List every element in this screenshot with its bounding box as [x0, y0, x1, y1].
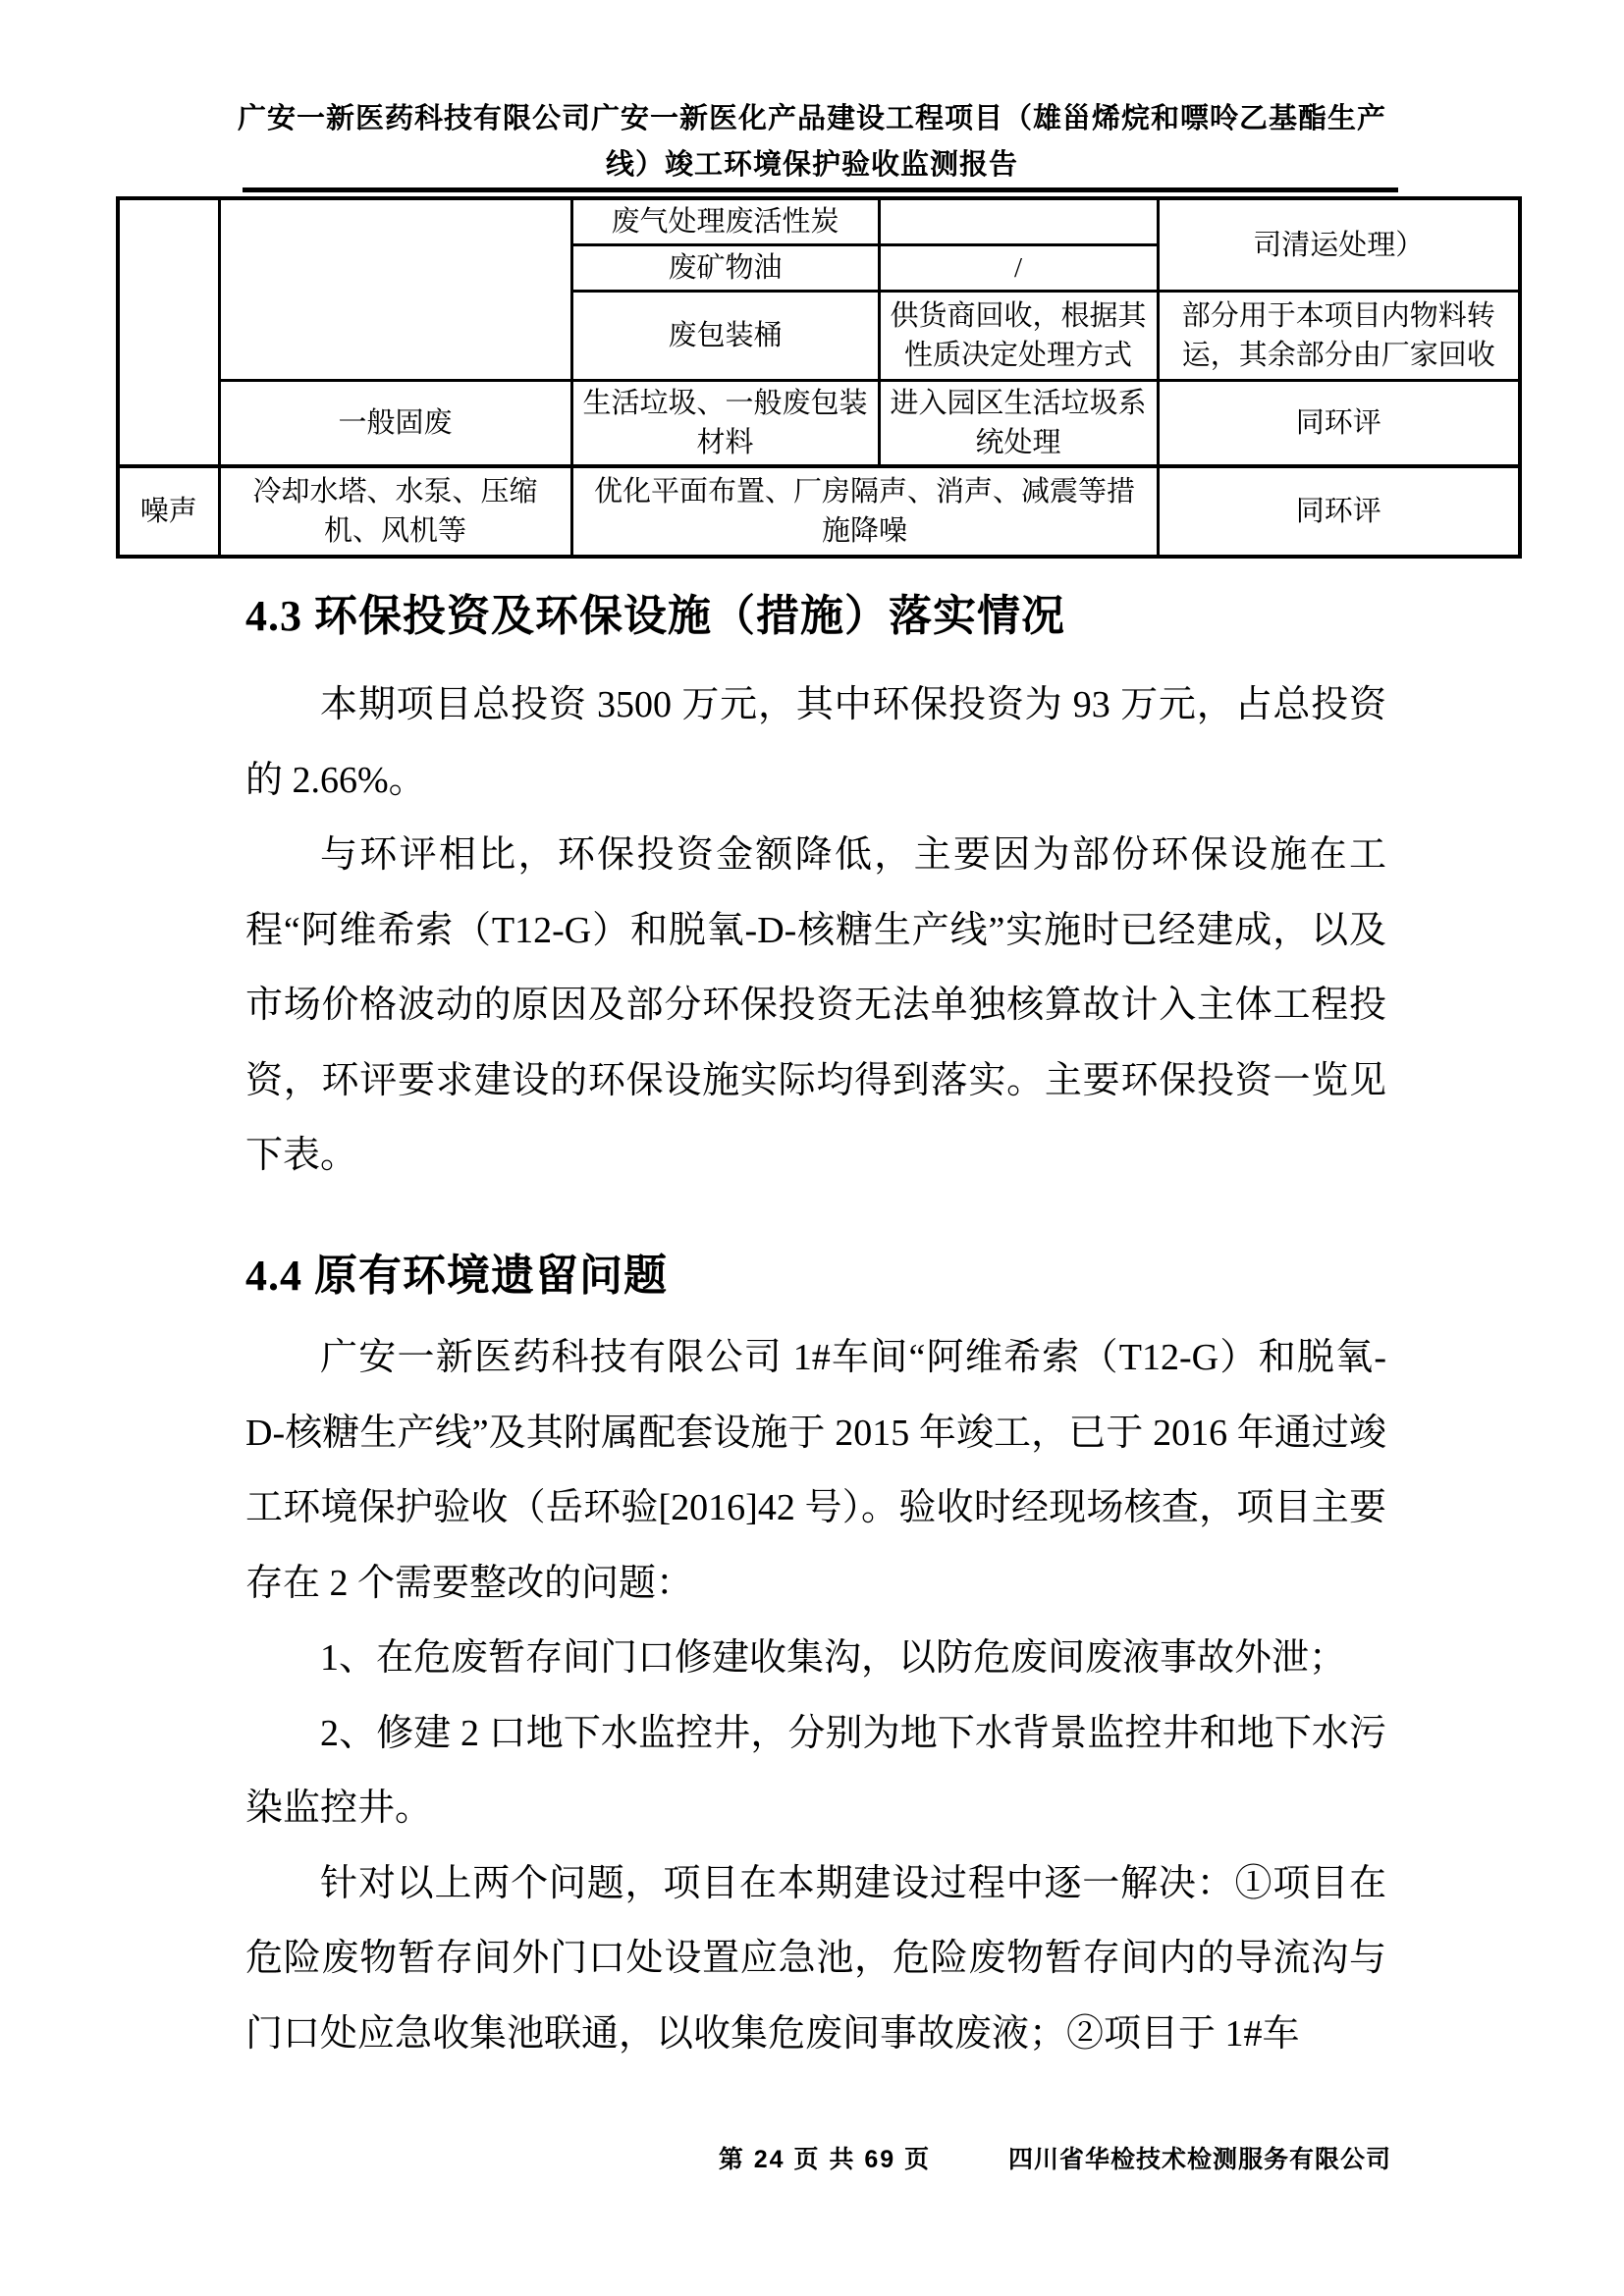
- table-cell-slash: /: [879, 245, 1158, 292]
- table-cell-waste-activated-carbon: 废气处理废活性炭: [571, 198, 879, 245]
- section-4-4-body: 广安一新医药科技有限公司 1#车间“阿维希索（T12-G）和脱氧-D-核糖生产线…: [245, 1320, 1386, 2071]
- section-4-3-body: 本期项目总投资 3500 万元，其中环保投资为 93 万元，占总投资的 2.66…: [245, 667, 1386, 1194]
- paragraph-investment-explain: 与环评相比，环保投资金额降低，主要因为部份环保设施在工程“阿维希索（T12-G）…: [245, 818, 1386, 1194]
- paragraph-issue-1: 1、在危废暂存间门口修建收集沟，以防危废间废液事故外泄；: [245, 1621, 1386, 1696]
- header-rule: [243, 187, 1398, 192]
- section-4-4-heading: 4.4 原有环境遗留问题: [245, 1249, 668, 1304]
- table-cell-supplier-recycle: 供货商回收，根据其性质决定处理方式: [879, 292, 1158, 381]
- table-cell-general-solid-waste: 一般固废: [219, 381, 571, 467]
- table-cell-disposal-note: 司清运处理）: [1158, 198, 1520, 292]
- table-cell-category: [118, 198, 219, 466]
- paragraph-issue-2: 2、修建 2 口地下水监控井，分别为地下水背景监控井和地下水污染监控井。: [245, 1696, 1386, 1846]
- pollution-measures-table: 废气处理废活性炭 司清运处理） 废矿物油 / 废包装桶 供货商回收，根据其性质决…: [116, 196, 1522, 559]
- page-footer: 第 24 页 共 69 页 四川省华检技术检测服务有限公司: [0, 2143, 1624, 2176]
- table-cell-empty: [879, 198, 1158, 245]
- table-cell-same-as-eia-1: 同环评: [1158, 381, 1520, 467]
- page-header-title: 广安一新医药科技有限公司广安一新医化产品建设工程项目（雄甾烯烷和嘌呤乙基酯生产线…: [233, 96, 1391, 188]
- section-4-3-heading: 4.3 环保投资及环保设施（措施）落实情况: [245, 589, 1065, 644]
- table-cell-waste-drums: 废包装桶: [571, 292, 879, 381]
- table-cell-same-as-eia-2: 同环评: [1158, 466, 1520, 557]
- table-cell-domestic-garbage: 生活垃圾、一般废包装材料: [571, 381, 879, 467]
- table-cell-noise-sources: 冷却水塔、水泵、压缩机、风机等: [219, 466, 571, 557]
- table-cell-subcategory: [219, 198, 571, 381]
- table-cell-waste-mineral-oil: 废矿物油: [571, 245, 879, 292]
- footer-company-name: 四川省华检技术检测服务有限公司: [1008, 2143, 1391, 2176]
- paragraph-legacy-intro: 广安一新医药科技有限公司 1#车间“阿维希索（T12-G）和脱氧-D-核糖生产线…: [245, 1320, 1386, 1621]
- table-cell-noise: 噪声: [118, 466, 219, 557]
- paragraph-investment: 本期项目总投资 3500 万元，其中环保投资为 93 万元，占总投资的 2.66…: [245, 667, 1386, 818]
- table-cell-partial-reuse: 部分用于本项目内物料转运，其余部分由厂家回收: [1158, 292, 1520, 381]
- table-cell-park-system: 进入园区生活垃圾系统处理: [879, 381, 1158, 467]
- table-cell-noise-measures: 优化平面布置、厂房隔声、消声、减震等措施降噪: [571, 466, 1158, 557]
- document-page: 广安一新医药科技有限公司广安一新医化产品建设工程项目（雄甾烯烷和嘌呤乙基酯生产线…: [0, 0, 1624, 2296]
- page-number: 第 24 页 共 69 页: [677, 2143, 972, 2176]
- paragraph-resolution: 针对以上两个问题，项目在本期建设过程中逐一解决：①项目在危险废物暂存间外门口处设…: [245, 1846, 1386, 2072]
